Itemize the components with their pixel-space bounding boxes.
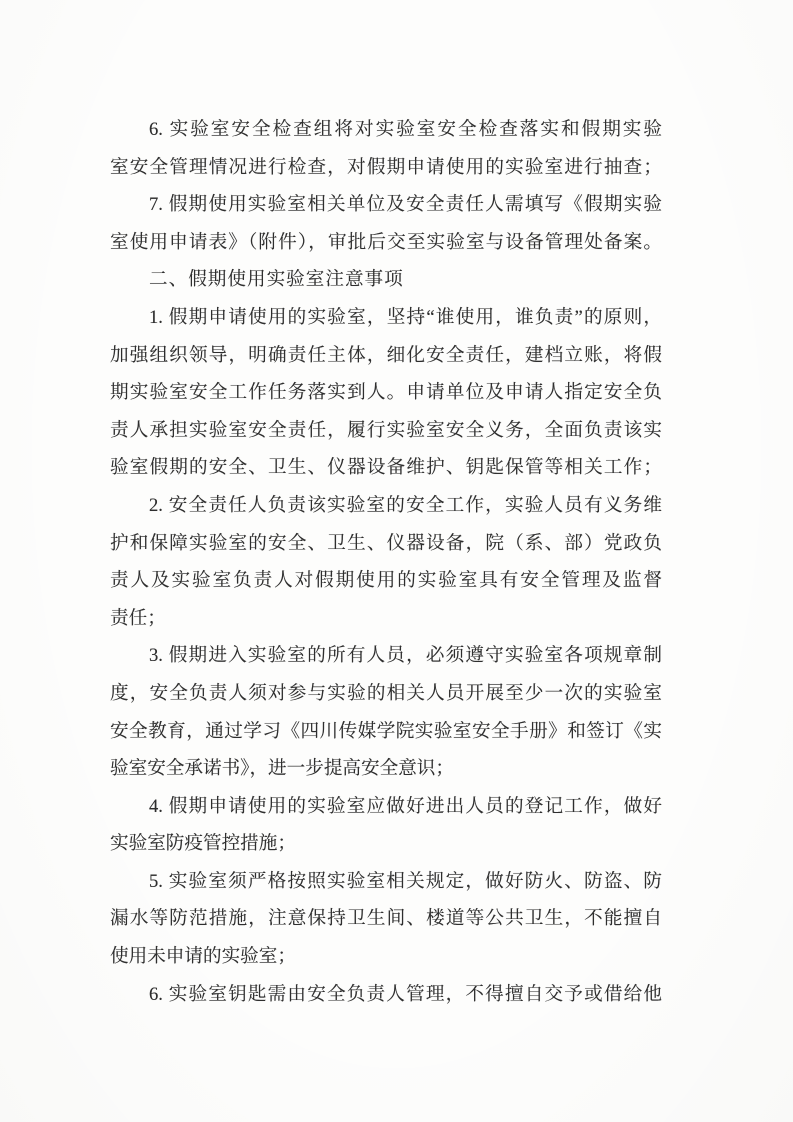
text-line: 5. 实验室须严格按照实验室相关规定，做好防火、防盗、防 [110,863,662,901]
text-line: 2. 安全责任人负责该实验室的安全工作，实验人员有义务维 [110,487,662,525]
text-line: 度，安全负责人须对参与实验的相关人员开展至少一次的实验室 [110,675,662,713]
section-heading: 二、假期使用实验室注意事项 [110,261,662,299]
text-line: 验室安全承诺书》，进一步提高安全意识； [110,750,662,788]
text-line: 7. 假期使用实验室相关单位及安全责任人需填写《假期实验 [110,186,662,224]
text-line: 责人承担实验室安全责任，履行实验室安全义务，全面负责该实 [110,412,662,450]
text-line: 安全教育，通过学习《四川传媒学院实验室安全手册》和签订《实 [110,713,662,751]
text-line: 6. 实验室钥匙需由安全负责人管理，不得擅自交予或借给他 [110,976,662,1014]
text-line: 验室假期的安全、卫生、仪器设备维护、钥匙保管等相关工作； [110,449,662,487]
text-line: 责人及实验室负责人对假期使用的实验室具有安全管理及监督 [110,562,662,600]
text-line: 期实验室安全工作任务落实到人。申请单位及申请人指定安全负 [110,374,662,412]
text-line: 加强组织领导，明确责任主体，细化安全责任，建档立账，将假 [110,337,662,375]
text-block: 6. 实验室安全检查组将对实验室安全检查落实和假期实验室安全管理情况进行检查，对… [110,111,662,1013]
text-line: 使用未申请的实验室； [110,938,662,976]
text-line: 3. 假期进入实验室的所有人员，必须遵守实验室各项规章制 [110,637,662,675]
text-line: 漏水等防范措施，注意保持卫生间、楼道等公共卫生，不能擅自 [110,900,662,938]
text-line: 1. 假期申请使用的实验室，坚持“谁使用，谁负责”的原则， [110,299,662,337]
text-line: 护和保障实验室的安全、卫生、仪器设备，院（系、部）党政负 [110,525,662,563]
text-line: 6. 实验室安全检查组将对实验室安全检查落实和假期实验 [110,111,662,149]
document-page: 6. 实验室安全检查组将对实验室安全检查落实和假期实验室安全管理情况进行检查，对… [0,0,793,1122]
text-line: 4. 假期申请使用的实验室应做好进出人员的登记工作，做好 [110,788,662,826]
text-line: 室使用申请表》（附件），审批后交至实验室与设备管理处备案。 [110,224,662,262]
text-line: 室安全管理情况进行检查，对假期申请使用的实验室进行抽查； [110,149,662,187]
text-line: 实验室防疫管控措施； [110,825,662,863]
text-line: 责任； [110,600,662,638]
